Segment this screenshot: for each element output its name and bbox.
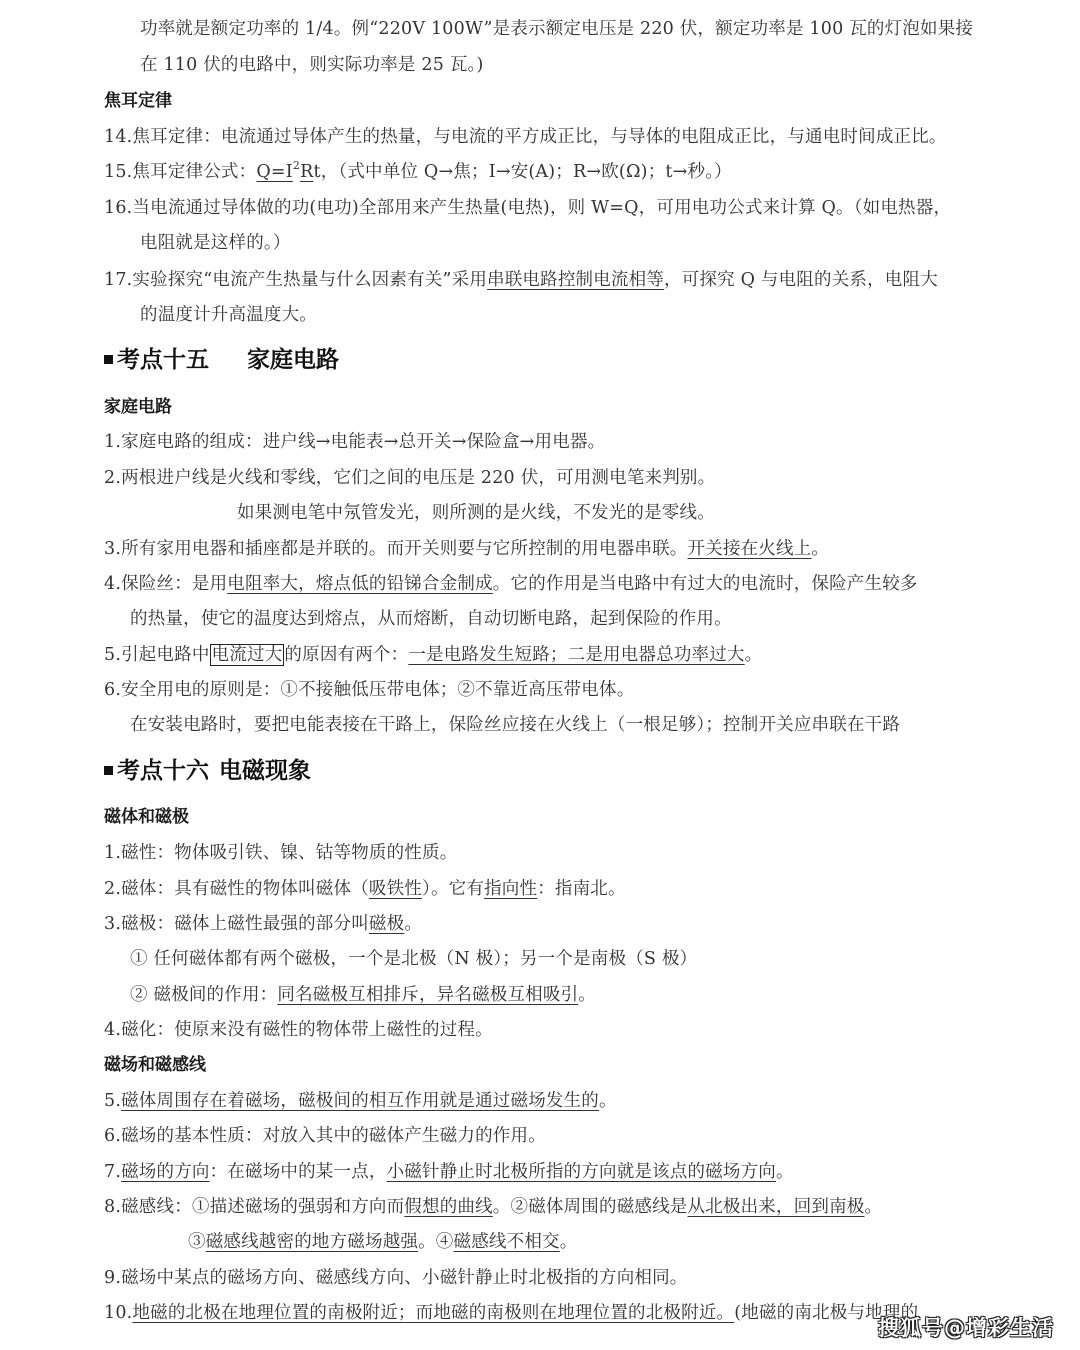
- section-heading-s15: 考点十五家庭电路: [104, 344, 339, 376]
- underlined-text: 磁场的方向: [121, 1162, 210, 1182]
- text-line: 5.磁体周围存在着磁场，磁极间的相互作用就是通过磁场发生的。: [104, 1089, 617, 1113]
- text-line: 17.实验探究“电流产生热量与什么因素有关”采用串联电路控制电流相等，可探究 Q…: [104, 268, 938, 292]
- text-line: 4.保险丝：是用电阻率大，熔点低的铅锑合金制成。它的作用是当电路中有过大的电流时…: [104, 572, 918, 596]
- text-line: ① 任何磁体都有两个磁极，一个是北极（N 极）；另一个是南极（S 极）: [130, 947, 697, 971]
- text-segment: ，可探究 Q 与电阻的关系，电阻大: [664, 270, 938, 290]
- text-line: 5.引起电路中电流过大的原因有两个：一是电路发生短路；二是用电器总功率过大。: [104, 643, 762, 667]
- text-segment: 。: [745, 645, 763, 665]
- underlined-text: 指向性: [484, 879, 537, 899]
- text-segment: 6.安全用电的原则是：①不接触低压带电体；②不靠近高压带电体。: [104, 680, 634, 700]
- text-segment: 。: [865, 1197, 883, 1217]
- text-line: 的温度计升高温度大。: [140, 303, 317, 327]
- underlined-text: R: [300, 162, 313, 182]
- text-line: 8.磁感线：①描述磁场的强弱和方向而假想的曲线。②磁体周围的磁感线是从北极出来，…: [104, 1195, 882, 1219]
- text-segment: 1.磁性：物体吸引铁、镍、钴等物质的性质。: [104, 843, 457, 863]
- text-segment: 5.引起电路中: [104, 645, 210, 665]
- text-line: 7.磁场的方向：在磁场中的某一点，小磁针静止时北极所指的方向就是该点的磁场方向。: [104, 1160, 794, 1184]
- underlined-text: 一是电路发生短路；二是用电器总功率过大: [408, 645, 744, 665]
- text-line: 如果测电笔中氖管发光，则所测的是火线，不发光的是零线。: [237, 501, 715, 525]
- underlined-text: 开关接在火线上: [688, 539, 812, 559]
- underlined-text: 磁感线越密的地方磁场越强: [206, 1232, 418, 1252]
- underlined-text: 从北极出来，回到南极: [688, 1197, 865, 1217]
- text-line: 1.家庭电路的组成：进户线→电能表→总开关→保险盒→用电器。: [104, 430, 605, 454]
- text-segment: 7.: [104, 1162, 121, 1182]
- text-segment: 。: [599, 1091, 617, 1111]
- sub-heading-h-magnet: 磁体和磁极: [104, 805, 189, 829]
- text-segment: 如果测电笔中氖管发光，则所测的是火线，不发光的是零线。: [237, 503, 715, 523]
- section-title: 家庭电路: [247, 347, 339, 373]
- text-segment: t，（式中单位 Q→焦；I→安(A)；R→欧(Ω)；t→秒。）: [313, 162, 731, 182]
- document-page: 考点十五家庭电路考点十六电磁现象 焦耳定律家庭电路磁体和磁极磁场和磁感线 功率就…: [0, 0, 1080, 1350]
- text-line: 功率就是额定功率的 1/4。例“220V 100W”是表示额定电压是 220 伏…: [140, 17, 973, 41]
- text-segment: 在安装电路时，要把电能表接在干路上，保险丝应接在火线上（一根足够）；控制开关应串…: [130, 715, 900, 735]
- text-segment: 5.: [104, 1091, 121, 1111]
- sub-heading-h-joule: 焦耳定律: [104, 89, 172, 113]
- underlined-text: 假想的曲线: [404, 1197, 493, 1217]
- underlined-text: 吸铁性: [369, 879, 422, 899]
- text-line: 电阻就是这样的。）: [140, 231, 291, 255]
- text-line: 4.磁化：使原来没有磁性的物体带上磁性的过程。: [104, 1018, 493, 1042]
- text-segment: 3.磁极：磁体上磁性最强的部分叫: [104, 914, 369, 934]
- underlined-text: 磁极: [369, 914, 404, 934]
- underlined-text: 地磁的北极在地理位置的南极附近；而地磁的南极则在地理位置的北极附近。: [132, 1303, 734, 1323]
- text-line: 在 110 伏的电路中，则实际功率是 25 瓦。): [140, 53, 484, 77]
- text-line: 的热量，使它的温度达到熔点，从而熔断，自动切断电路，起到保险的作用。: [130, 607, 732, 631]
- text-segment: 。它的作用是当电路中有过大的电流时，保险产生较多: [493, 574, 918, 594]
- section-title: 电磁现象: [219, 758, 311, 784]
- underlined-text: 磁感线不相交: [454, 1232, 560, 1252]
- boxed-text: 电流过大: [210, 644, 285, 666]
- text-segment: 。: [404, 914, 422, 934]
- underlined-text: 同名磁极互相排斥，异名磁极互相吸引: [277, 985, 578, 1005]
- text-segment: 1.家庭电路的组成：进户线→电能表→总开关→保险盒→用电器。: [104, 432, 605, 452]
- underlined-text: 小磁针静止时北极所指的方向就是该点的磁场方向: [387, 1162, 776, 1182]
- underlined-text: 串联电路控制电流相等: [487, 270, 664, 290]
- text-segment: 6.磁场的基本性质：对放入其中的磁体产生磁力的作用。: [104, 1126, 546, 1146]
- text-line: 1.磁性：物体吸引铁、镍、钴等物质的性质。: [104, 841, 457, 865]
- text-line: ② 磁极间的作用：同名磁极互相排斥，异名磁极互相吸引。: [130, 983, 596, 1007]
- underlined-text: 磁体周围存在着磁场，磁极间的相互作用就是通过磁场发生的: [121, 1091, 599, 1111]
- text-segment: 16.当电流通过导体做的功(电功)全部用来产生热量(电热)，则 W=Q，可用电功…: [104, 198, 951, 218]
- text-segment: 的原因有两个：: [284, 645, 408, 665]
- text-line: 在安装电路时，要把电能表接在干路上，保险丝应接在火线上（一根足够）；控制开关应串…: [130, 713, 900, 737]
- text-line: 3.磁极：磁体上磁性最强的部分叫磁极。: [104, 912, 422, 936]
- text-segment: 15.焦耳定律公式：: [104, 162, 256, 182]
- text-segment: 的热量，使它的温度达到熔点，从而熔断，自动切断电路，起到保险的作用。: [130, 609, 732, 629]
- square-bullet-icon: [104, 766, 113, 775]
- text-line: 9.磁场中某点的磁场方向、磁感线方向、小磁针静止时北极指的方向相同。: [104, 1266, 688, 1290]
- text-segment: 电阻就是这样的。）: [140, 233, 291, 253]
- text-segment: 14.焦耳定律：电流通过导体产生的热量，与电流的平方成正比，与导体的电阻成正比，…: [104, 127, 947, 147]
- text-segment: 4.磁化：使原来没有磁性的物体带上磁性的过程。: [104, 1020, 493, 1040]
- watermark: 搜狐号@增彩生活: [878, 1312, 1054, 1342]
- text-segment: 的温度计升高温度大。: [140, 305, 317, 325]
- text-segment: ）。它有: [422, 879, 484, 899]
- text-segment: 8.磁感线：①描述磁场的强弱和方向而: [104, 1197, 404, 1217]
- underlined-text: 电阻率大，熔点低的铅锑合金制成: [227, 574, 493, 594]
- text-segment: ① 任何磁体都有两个磁极，一个是北极（N 极）；另一个是南极（S 极）: [130, 949, 697, 969]
- text-segment: ③: [188, 1232, 206, 1252]
- text-line: 15.焦耳定律公式：Q=I2Rt，（式中单位 Q→焦；I→安(A)；R→欧(Ω)…: [104, 160, 732, 184]
- section-heading-s16: 考点十六电磁现象: [104, 755, 311, 787]
- superscript: 2: [293, 159, 300, 172]
- text-segment: 2.磁体：具有磁性的物体叫磁体（: [104, 879, 369, 899]
- section-label: 考点十六: [117, 758, 209, 784]
- text-line: 3.所有家用电器和插座都是并联的。而开关则要与它所控制的用电器串联。开关接在火线…: [104, 537, 829, 561]
- text-segment: 10.: [104, 1303, 132, 1323]
- text-segment: 功率就是额定功率的 1/4。例“220V 100W”是表示额定电压是 220 伏…: [140, 19, 973, 39]
- text-line: 16.当电流通过导体做的功(电功)全部用来产生热量(电热)，则 W=Q，可用电功…: [104, 196, 951, 220]
- text-segment: 9.磁场中某点的磁场方向、磁感线方向、小磁针静止时北极指的方向相同。: [104, 1268, 688, 1288]
- text-segment: 。④: [418, 1232, 453, 1252]
- text-line: ③磁感线越密的地方磁场越强。④磁感线不相交。: [188, 1230, 577, 1254]
- square-bullet-icon: [104, 355, 113, 364]
- text-segment: 。: [811, 539, 829, 559]
- text-segment: 。: [776, 1162, 794, 1182]
- text-line: 2.磁体：具有磁性的物体叫磁体（吸铁性）。它有指向性：指南北。: [104, 877, 626, 901]
- sub-heading-h-home: 家庭电路: [104, 395, 172, 419]
- underlined-text: Q=I: [256, 162, 293, 182]
- text-segment: 3.所有家用电器和插座都是并联的。而开关则要与它所控制的用电器串联。: [104, 539, 688, 559]
- text-line: 6.安全用电的原则是：①不接触低压带电体；②不靠近高压带电体。: [104, 678, 634, 702]
- text-line: 6.磁场的基本性质：对放入其中的磁体产生磁力的作用。: [104, 1124, 546, 1148]
- text-segment: 4.保险丝：是用: [104, 574, 227, 594]
- text-segment: ：在磁场中的某一点，: [210, 1162, 387, 1182]
- text-line: 2.两根进户线是火线和零线，它们之间的电压是 220 伏，可用测电笔来判别。: [104, 466, 715, 490]
- text-segment: ② 磁极间的作用：: [130, 985, 277, 1005]
- sub-heading-h-field: 磁场和磁感线: [104, 1053, 206, 1077]
- text-segment: 。②磁体周围的磁感线是: [493, 1197, 688, 1217]
- text-segment: 。: [578, 985, 596, 1005]
- text-line: 10.地磁的北极在地理位置的南极附近；而地磁的南极则在地理位置的北极附近。(地磁…: [104, 1301, 918, 1325]
- text-segment: 。: [560, 1232, 578, 1252]
- text-segment: 17.实验探究“电流产生热量与什么因素有关”采用: [104, 270, 487, 290]
- text-segment: 在 110 伏的电路中，则实际功率是 25 瓦。): [140, 55, 484, 75]
- text-line: 14.焦耳定律：电流通过导体产生的热量，与电流的平方成正比，与导体的电阻成正比，…: [104, 125, 947, 149]
- section-label: 考点十五: [117, 347, 209, 373]
- text-segment: 2.两根进户线是火线和零线，它们之间的电压是 220 伏，可用测电笔来判别。: [104, 468, 715, 488]
- text-segment: ：指南北。: [537, 879, 626, 899]
